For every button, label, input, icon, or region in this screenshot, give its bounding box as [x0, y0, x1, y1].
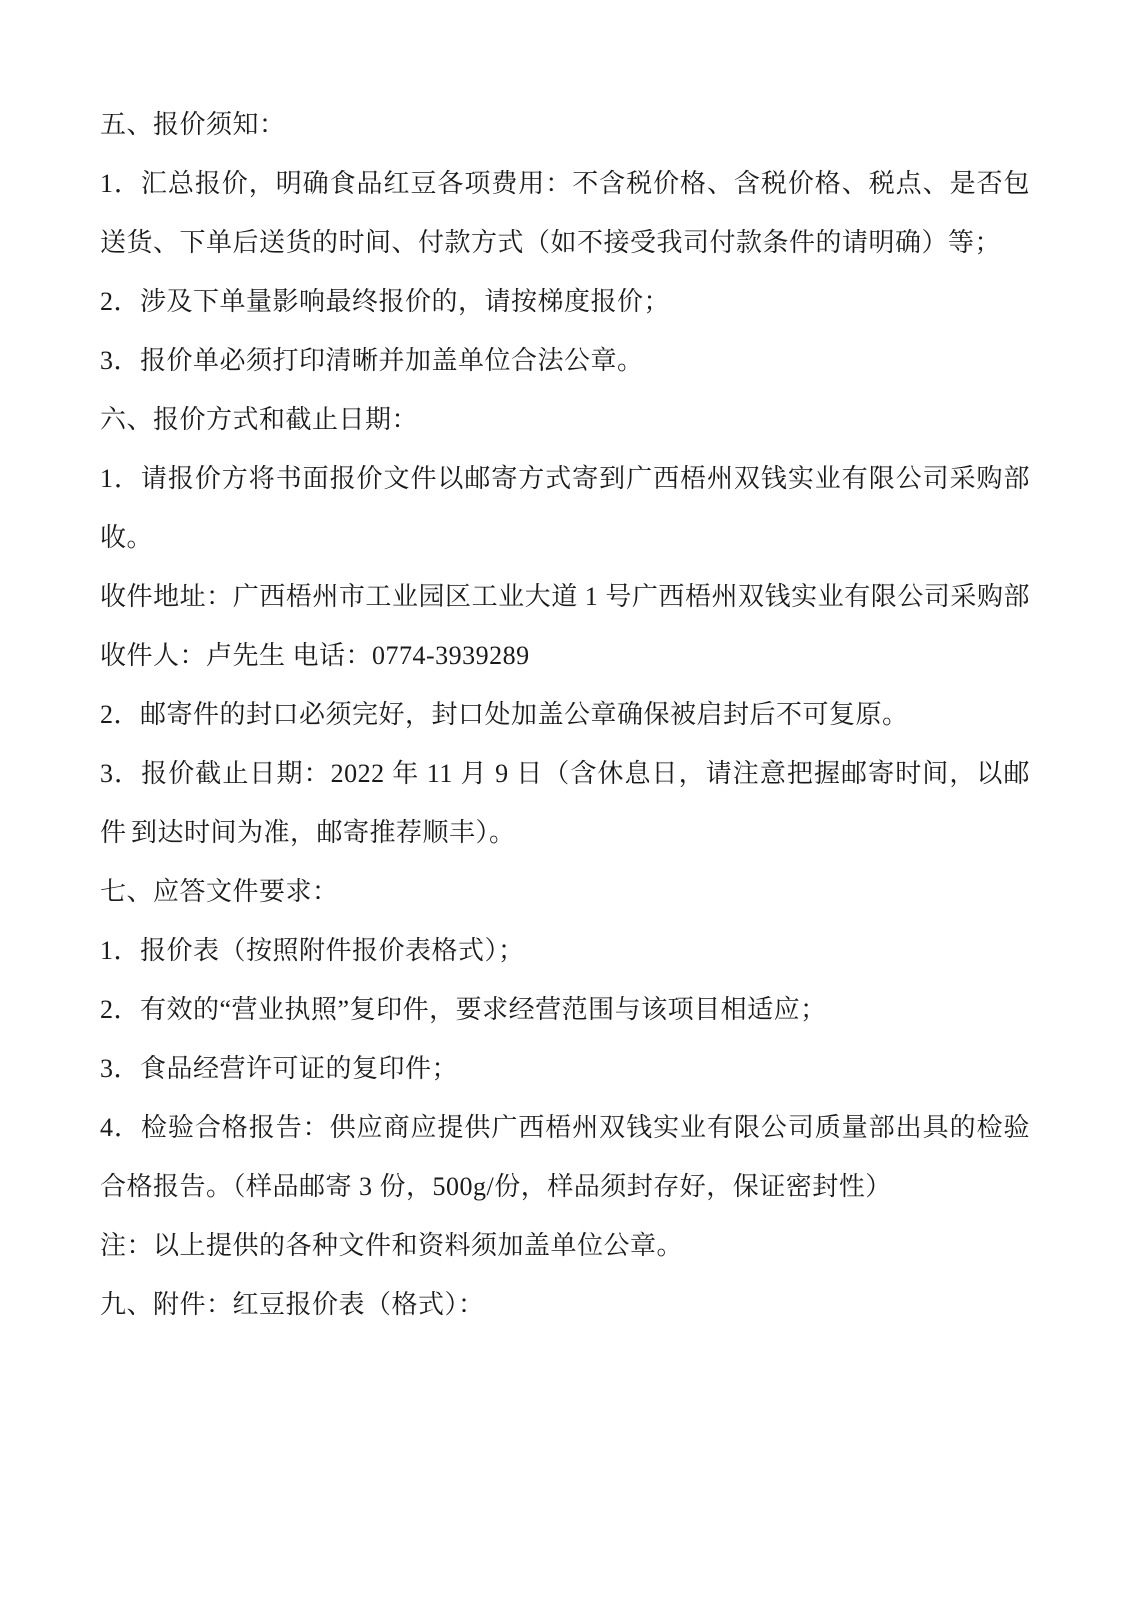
text-line: 1．报价表（按照附件报价表格式）； — [100, 921, 1030, 980]
section-heading-7: 七、应答文件要求： — [100, 862, 1030, 921]
deadline-line: 3．报价截止日期：2022 年 11 月 9 日（含休息日，请注意把握邮寄时间，… — [100, 744, 1030, 803]
recipient-phone-line: 收件人：卢先生 电话：0774-3939289 — [100, 626, 1030, 685]
text-line: 1．汇总报价，明确食品红豆各项费用：不含税价格、含税价格、税点、是否包 — [100, 154, 1030, 213]
text-line: 到达时间为准，邮寄推荐顺丰）。 — [100, 803, 1030, 862]
text-line: 合格报告。（样品邮寄 3 份，500g/份，样品须封存好，保证密封性） — [100, 1157, 1030, 1216]
section-heading-5: 五、报价须知： — [100, 95, 1030, 154]
text-line: 4．检验合格报告：供应商应提供广西梧州双钱实业有限公司质量部出具的检验 — [100, 1098, 1030, 1157]
section-heading-9: 九、附件：红豆报价表（格式）： — [100, 1275, 1030, 1334]
text-line: 2．邮寄件的封口必须完好，封口处加盖公章确保被启封后不可复原。 — [100, 685, 1030, 744]
mailing-address-line: 收件地址：广西梧州市工业园区工业大道 1 号广西梧州双钱实业有限公司采购部 — [100, 567, 1030, 626]
text-line: 送货、下单后送货的时间、付款方式（如不接受我司付款条件的请明确）等； — [100, 213, 1030, 272]
document-page: 五、报价须知： 1．汇总报价，明确食品红豆各项费用：不含税价格、含税价格、税点、… — [0, 0, 1131, 1600]
text-line: 1．请报价方将书面报价文件以邮寄方式寄到广西梧州双钱实业有限公司采购部 — [100, 449, 1030, 508]
section-heading-6: 六、报价方式和截止日期： — [100, 390, 1030, 449]
text-line: 收。 — [100, 508, 1030, 567]
text-line: 3．食品经营许可证的复印件； — [100, 1039, 1030, 1098]
text-line: 3．报价单必须打印清晰并加盖单位合法公章。 — [100, 331, 1030, 390]
text-line: 2．有效的“营业执照”复印件，要求经营范围与该项目相适应； — [100, 980, 1030, 1039]
note-line: 注：以上提供的各种文件和资料须加盖单位公章。 — [100, 1216, 1030, 1275]
document-body: 五、报价须知： 1．汇总报价，明确食品红豆各项费用：不含税价格、含税价格、税点、… — [100, 95, 1030, 1334]
text-line: 2．涉及下单量影响最终报价的，请按梯度报价； — [100, 272, 1030, 331]
